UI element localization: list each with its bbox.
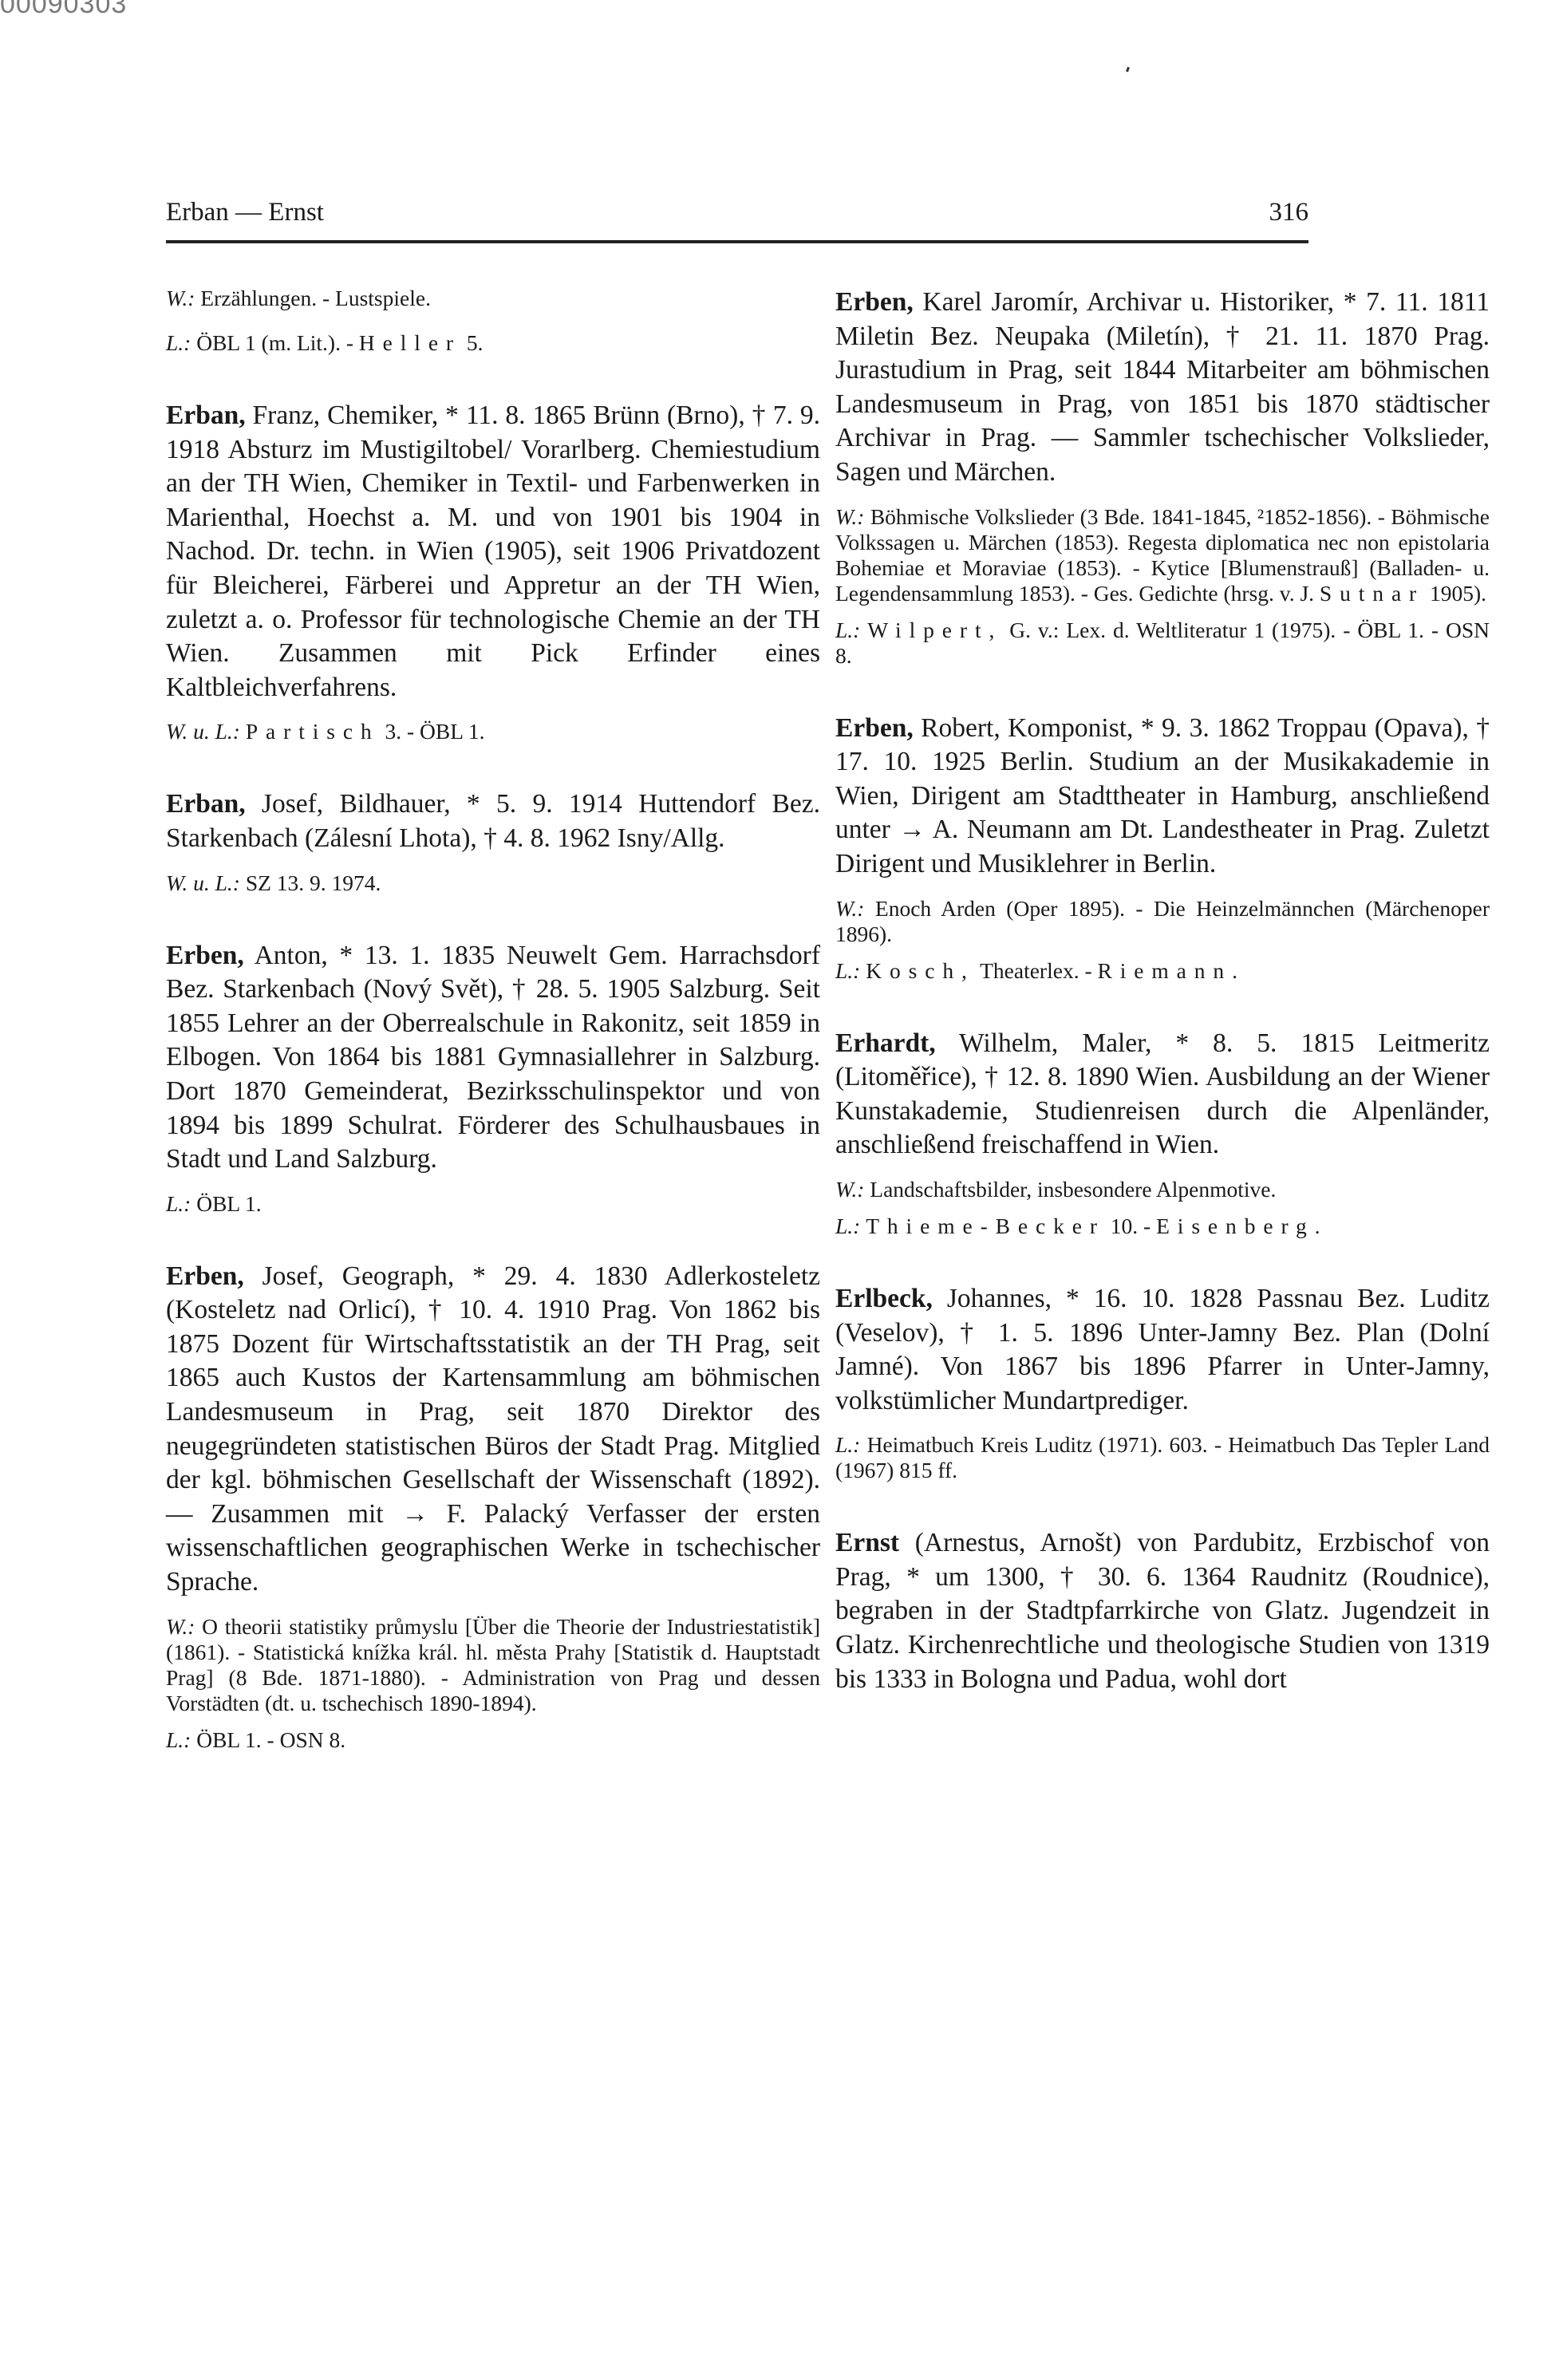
continuation-refs: W.: Erzählungen. - Lustspiele.L.: ÖBL 1 …: [166, 286, 820, 356]
spaced-author-name: Sutnar: [1320, 581, 1424, 606]
lexicon-entry: Ernst (Arnestus, Arnošt) von Pardubitz, …: [835, 1526, 1490, 1696]
right-column: Erben, Karel Jaromír, Archivar u. Histor…: [835, 286, 1490, 1696]
ref-label: W.:: [835, 504, 864, 529]
literature-ref: L.: Thieme-Becker 10. - Eisenberg.: [835, 1214, 1490, 1239]
right-entries: Erben, Karel Jaromír, Archivar u. Histor…: [835, 286, 1490, 1696]
ref-text: [860, 618, 867, 642]
literature-ref: L.: Wilpert, G. v.: Lex. d. Weltliteratu…: [835, 618, 1490, 669]
ref-label: W. u. L.:: [166, 719, 240, 744]
works-ref: W.: Enoch Arden (Oper 1895). - Die Heinz…: [835, 896, 1490, 947]
ref-text: SZ 13. 9. 1974.: [240, 870, 381, 895]
works-ref: W.: O theorii statistiky průmyslu [Über …: [166, 1614, 820, 1716]
left-entries: Erban, Franz, Chemiker, * 11. 8. 1865 Br…: [166, 399, 820, 1753]
ref-label: W.:: [166, 1614, 195, 1639]
ref-label: L.:: [835, 1432, 860, 1457]
works-ref: W.: Böhmische Volkslieder (3 Bde. 1841-1…: [835, 504, 1490, 606]
lexicon-entry: Erben, Karel Jaromír, Archivar u. Histor…: [835, 286, 1490, 669]
ref-text: ÖBL 1.: [191, 1191, 261, 1216]
ref-label: W.:: [835, 896, 864, 921]
entry-text: Karel Jaromír, Archivar u. Historiker, *…: [835, 287, 1490, 487]
entry-text: (Arnestus, Arnošt) von Pardubitz, Erzbis…: [835, 1528, 1490, 1693]
entry-body: Erben, Josef, Geograph, * 29. 4. 1830 Ad…: [166, 1260, 820, 1600]
header-rule: [166, 240, 1308, 243]
entry-body: Erban, Josef, Bildhauer, * 5. 9. 1914 Hu…: [166, 787, 820, 855]
entry-text: Franz, Chemiker, * 11. 8. 1865 Brünn (Br…: [166, 401, 820, 702]
ref-text: Erzählungen. - Lustspiele.: [195, 286, 431, 310]
spaced-author-name: Kosch,: [866, 958, 975, 983]
ref-text: O theorii statistiky průmyslu [Über die …: [166, 1614, 820, 1715]
entry-body: Erben, Robert, Komponist, * 9. 3. 1862 T…: [835, 712, 1490, 882]
entry-text: Josef, Bildhauer, * 5. 9. 1914 Huttendor…: [166, 789, 820, 853]
spaced-author-name: Partisch: [246, 719, 380, 744]
works-and-literature-ref: W. u. L.: SZ 13. 9. 1974.: [166, 870, 820, 896]
works-ref: W.: Landschaftsbilder, insbesondere Alpe…: [835, 1177, 1490, 1202]
ref-text: Enoch Arden (Oper 1895). - Die Heinzelmä…: [835, 896, 1490, 946]
page-number: 316: [1269, 198, 1309, 227]
entry-headword: Erben,: [166, 1261, 244, 1291]
lexicon-entry: Erben, Robert, Komponist, * 9. 3. 1862 T…: [835, 712, 1490, 984]
spaced-author-name: Eisenberg.: [1156, 1214, 1328, 1238]
entry-headword: Erben,: [835, 713, 914, 743]
spaced-author-name: Heller: [359, 330, 461, 355]
ref-text: 10. -: [1105, 1214, 1156, 1238]
entry-body: Erlbeck, Johannes, * 16. 10. 1828 Passna…: [835, 1282, 1490, 1418]
works-and-literature-ref: W. u. L.: Partisch 3. - ÖBL 1.: [166, 719, 820, 744]
ref-label: W.:: [835, 1177, 864, 1202]
running-title: Erban — Ernst: [166, 198, 324, 227]
ref-label: W. u. L.:: [166, 870, 240, 895]
lexicon-entry: Erban, Josef, Bildhauer, * 5. 9. 1914 Hu…: [166, 787, 820, 895]
ref-text: ÖBL 1 (m. Lit.). -: [191, 330, 359, 355]
scan-id-watermark: 00090303: [0, 0, 127, 20]
entry-headword: Erban,: [166, 401, 246, 430]
entry-headword: Erlbeck,: [835, 1284, 933, 1313]
lexicon-entry: Erben, Josef, Geograph, * 29. 4. 1830 Ad…: [166, 1260, 820, 1753]
ref-text: ÖBL 1. - OSN 8.: [191, 1727, 345, 1752]
ref-text: 5.: [461, 330, 484, 355]
ref-text: Theaterlex. -: [975, 958, 1098, 983]
scan-smudge: [1126, 67, 1130, 73]
entry-headword: Erhardt,: [835, 1028, 936, 1058]
ref-text: 1905).: [1424, 581, 1486, 606]
spaced-author-name: Riemann.: [1097, 958, 1245, 983]
entry-text: Robert, Komponist, * 9. 3. 1862 Troppau …: [835, 713, 1490, 878]
works-ref: W.: Erzählungen. - Lustspiele.: [166, 286, 820, 311]
literature-ref: L.: ÖBL 1. - OSN 8.: [166, 1727, 820, 1753]
ref-text: 3. - ÖBL 1.: [380, 719, 485, 744]
lexicon-entry: Erhardt, Wilhelm, Maler, * 8. 5. 1815 Le…: [835, 1027, 1490, 1239]
ref-label: L.:: [835, 618, 860, 642]
entry-body: Erben, Anton, * 13. 1. 1835 Neuwelt Gem.…: [166, 939, 820, 1177]
entry-headword: Erban,: [166, 789, 246, 819]
ref-label: L.:: [835, 1214, 860, 1238]
spaced-author-name: Wilpert,: [867, 618, 1002, 642]
entry-text: Josef, Geograph, * 29. 4. 1830 Adlerkost…: [166, 1261, 820, 1597]
ref-label: L.:: [166, 330, 191, 355]
entry-text: Johannes, * 16. 10. 1828 Passnau Bez. Lu…: [835, 1284, 1490, 1415]
entry-body: Ernst (Arnestus, Arnošt) von Pardubitz, …: [835, 1526, 1490, 1696]
entry-text: Anton, * 13. 1. 1835 Neuwelt Gem. Harrac…: [166, 941, 820, 1174]
lexicon-entry: Erben, Anton, * 13. 1. 1835 Neuwelt Gem.…: [166, 939, 820, 1217]
ref-label: L.:: [166, 1191, 191, 1216]
ref-text: Landschaftsbilder, insbesondere Alpenmot…: [864, 1177, 1276, 1202]
entry-headword: Erben,: [835, 287, 914, 317]
literature-ref: L.: ÖBL 1.: [166, 1191, 820, 1217]
literature-ref: L.: ÖBL 1 (m. Lit.). - Heller 5.: [166, 330, 820, 356]
lexicon-entry: Erlbeck, Johannes, * 16. 10. 1828 Passna…: [835, 1282, 1490, 1483]
ref-label: L.:: [166, 1727, 191, 1752]
running-header: Erban — Ernst 316: [166, 198, 1308, 227]
ref-text: Heimatbuch Kreis Luditz (1971). 603. - H…: [835, 1432, 1490, 1482]
spaced-author-name: Thieme-Becker: [866, 1214, 1105, 1238]
ref-label: L.:: [835, 958, 860, 983]
ref-text: [240, 719, 246, 744]
literature-ref: L.: Heimatbuch Kreis Luditz (1971). 603.…: [835, 1432, 1490, 1483]
entry-body: Erhardt, Wilhelm, Maler, * 8. 5. 1815 Le…: [835, 1027, 1490, 1162]
literature-ref: L.: Kosch, Theaterlex. - Riemann.: [835, 958, 1490, 984]
entry-headword: Ernst: [835, 1528, 899, 1557]
entry-headword: Erben,: [166, 941, 244, 970]
entry-body: Erben, Karel Jaromír, Archivar u. Histor…: [835, 286, 1490, 490]
entry-body: Erban, Franz, Chemiker, * 11. 8. 1865 Br…: [166, 399, 820, 705]
ref-label: W.:: [166, 286, 195, 310]
lexicon-entry: Erban, Franz, Chemiker, * 11. 8. 1865 Br…: [166, 399, 820, 744]
left-column: W.: Erzählungen. - Lustspiele.L.: ÖBL 1 …: [166, 286, 820, 1753]
